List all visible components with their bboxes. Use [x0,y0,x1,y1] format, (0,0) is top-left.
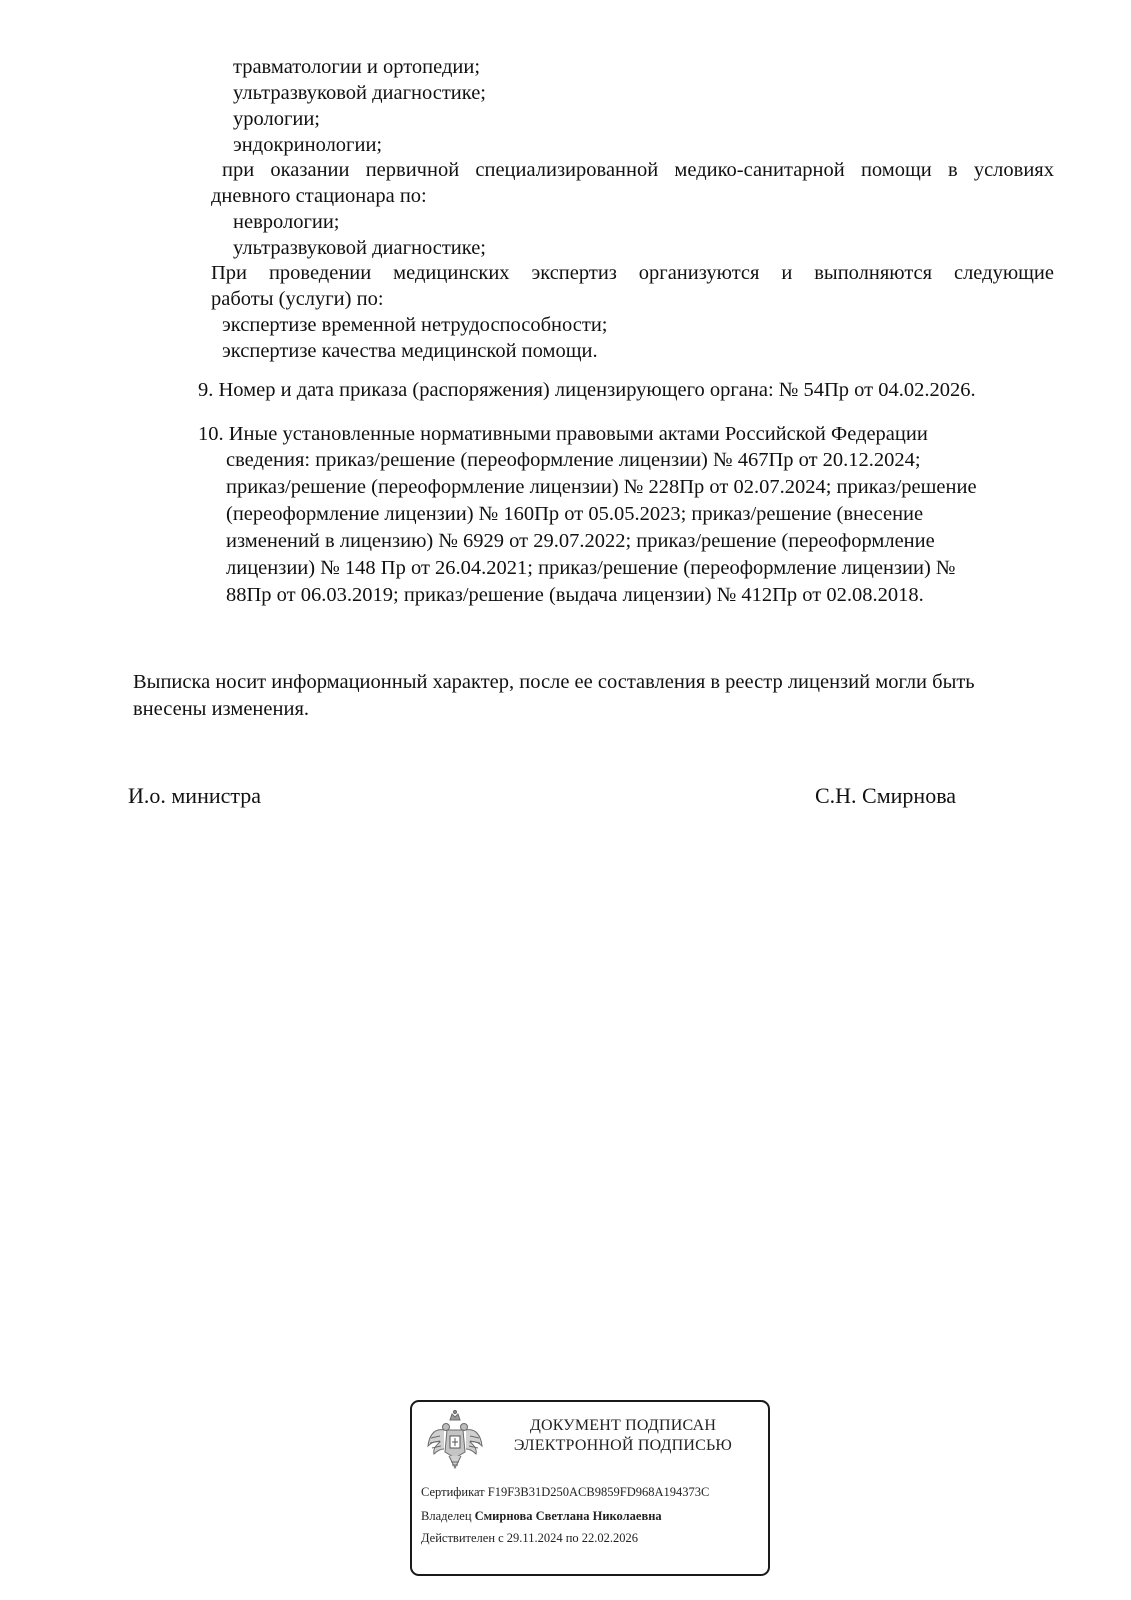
order-number-item: 9. Номер и дата приказа (распоряжения) л… [198,377,976,403]
list-item: экспертизе качества медицинской помощи. [222,338,598,364]
other-info-line: 88Пр от 06.03.2019; приказ/решение (выда… [226,582,924,608]
list-item: экспертизе временной нетрудоспособности; [222,312,608,338]
disclaimer: Выписка носит информационный характер, п… [133,669,975,695]
expertise-intro: При проведении медицинских экспертиз орг… [211,260,1054,286]
list-item: ультразвуковой диагностике; [233,235,486,261]
other-info-line: приказ/решение (переоформление лицензии)… [226,474,977,500]
validity-row: Действителен с 29.11.2024 по 22.02.2026 [421,1530,638,1546]
list-item: ультразвуковой диагностике; [233,80,486,106]
owner-row: Владелец Смирнова Светлана Николаевна [421,1508,662,1524]
signatory-title: И.о. министра [128,783,261,809]
certificate-label: Сертификат [421,1485,485,1499]
document-page: травматологии и ортопедии; ультразвуково… [0,0,1131,1600]
day-hospital-intro-cont: дневного стационара по: [211,183,427,209]
other-info-line: (переоформление лицензии) № 160Пр от 05.… [226,501,923,527]
certificate-row: Сертификат F19F3B31D250ACB9859FD968A1943… [421,1484,709,1500]
owner-label: Владелец [421,1509,472,1523]
other-info-line: изменений в лицензию) № 6929 от 29.07.20… [226,528,935,554]
list-item: эндокринологии; [233,132,382,158]
russian-coat-of-arms-icon [426,1408,484,1474]
other-info-item: 10. Иные установленные нормативными прав… [198,421,928,447]
owner-value: Смирнова Светлана Николаевна [475,1509,662,1523]
day-hospital-intro: при оказании первичной специализированно… [222,157,1054,183]
list-item: неврологии; [233,209,340,235]
stamp-title-line1: ДОКУМЕНТ ПОДПИСАН [492,1416,754,1435]
other-info-line: сведения: приказ/решение (переоформление… [226,447,921,473]
other-info-line: лицензии) № 148 Пр от 26.04.2021; приказ… [226,555,955,581]
disclaimer-cont: внесены изменения. [133,696,309,722]
expertise-intro-cont: работы (услуги) по: [211,286,384,312]
stamp-title-line2: ЭЛЕКТРОННОЙ ПОДПИСЬЮ [492,1436,754,1455]
signatory-name: С.Н. Смирнова [815,783,956,809]
list-item: травматологии и ортопедии; [233,54,480,80]
electronic-signature-stamp: ДОКУМЕНТ ПОДПИСАН ЭЛЕКТРОННОЙ ПОДПИСЬЮ С… [410,1400,770,1576]
list-item: урологии; [233,106,320,132]
certificate-value: F19F3B31D250ACB9859FD968A194373C [488,1485,710,1499]
